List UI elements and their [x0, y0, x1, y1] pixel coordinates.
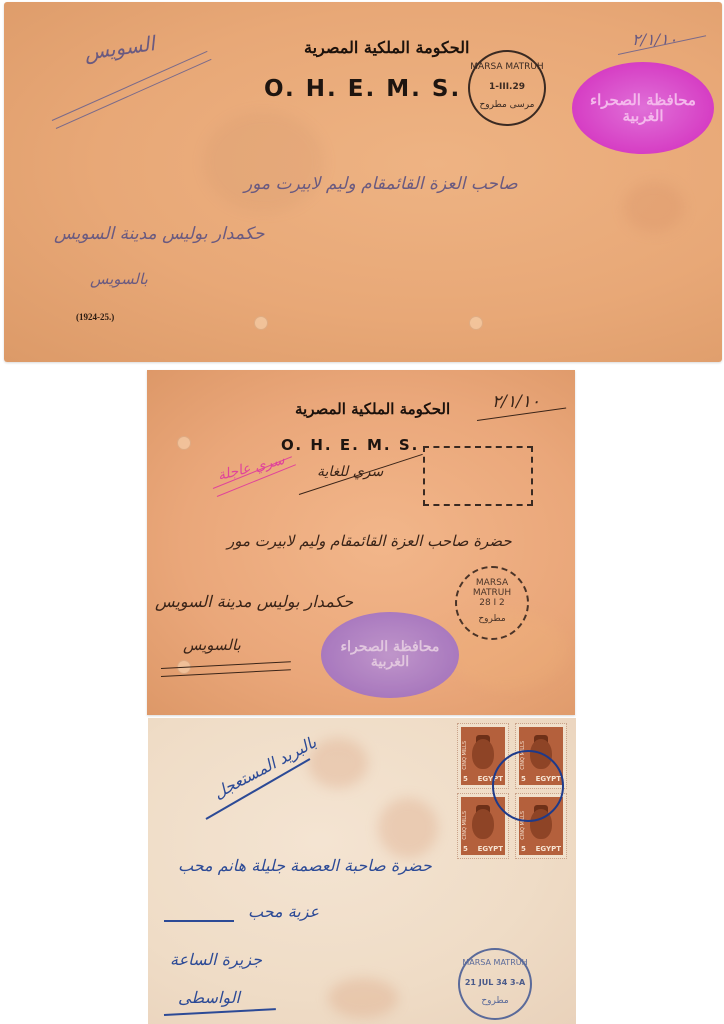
ohems-header: O. H. E. M. S.	[264, 76, 461, 102]
official-seal: محافظة الصحراء الغربية	[572, 62, 714, 154]
postmark: MARSA MATRUH 1-III.29 مرسى مطروح	[468, 50, 546, 126]
registration-box	[423, 446, 533, 506]
postmark-town: MARSA MATRUH	[457, 578, 527, 598]
stamp-country: EGYPT	[536, 845, 561, 853]
stamp-value: 5	[521, 845, 526, 853]
underline	[164, 920, 234, 922]
address-line-3: جزيرة الساعة	[170, 950, 262, 969]
top-left-note: السويس	[83, 31, 157, 65]
address-line-2: حكمدار بوليس مدينة السويس	[54, 224, 265, 244]
envelope-2: الحكومة الملكية المصرية O. H. E. M. S. ٢…	[147, 370, 575, 715]
reference-number: ٢/١/١٠	[492, 392, 540, 412]
address-line-3: بالسويس	[183, 636, 241, 654]
stamp-country: EGYPT	[478, 845, 503, 853]
postmark: MARSA MATRUH 28 I 2 مطروح	[455, 566, 529, 640]
stain	[204, 112, 324, 212]
address-line-2: عزبة محب	[248, 902, 319, 921]
postmark-date: 21 JUL 34 3-A	[460, 978, 530, 987]
king-portrait	[472, 809, 494, 839]
envelope-3: بالبريد المستعجل CINQ MILLS 5EGYPT CINQ …	[148, 718, 576, 1024]
crest-text: الحكومة الملكية المصرية	[295, 400, 450, 418]
official-seal: محافظة الصحراء الغربية	[321, 612, 459, 698]
stamp-side-text: CINQ MILLS	[462, 741, 468, 770]
postmark: MARSA MATRUH 21 JUL 34 3-A مطروح	[458, 948, 532, 1020]
stain	[624, 182, 684, 232]
stamp-value: 5	[463, 775, 468, 783]
punch-hole	[177, 436, 191, 450]
stamp-side-text: CINQ MILLS	[462, 811, 468, 840]
punch-hole	[254, 316, 268, 330]
postmark-date: 28 I 2	[457, 598, 527, 608]
red-note: سري عاجلة	[216, 452, 286, 484]
crest-text: الحكومة الملكية المصرية	[304, 38, 469, 57]
postmark-arabic: مطروح	[457, 614, 527, 624]
envelope-1: الحكومة الملكية المصرية O. H. E. M. S. ا…	[4, 2, 722, 362]
address-line-3: بالسويس	[90, 270, 148, 288]
postmark-arabic: مطروح	[460, 996, 530, 1006]
underline	[164, 1008, 276, 1016]
postmark-town: MARSA MATRUH	[470, 62, 544, 72]
stain	[328, 978, 398, 1018]
address-line-1: صاحب العزة القائمقام وليم لابيرت مور	[244, 174, 518, 194]
address-line-1: حضرة صاحبة العصمة جليلة هانم محب	[178, 856, 432, 875]
stain	[378, 798, 438, 858]
postmark-arabic: مرسى مطروح	[470, 100, 544, 110]
address-line-2: حكمدار بوليس مدينة السويس	[155, 592, 353, 611]
ohems-header: O. H. E. M. S.	[281, 436, 419, 454]
address-line-4: الواسطى	[178, 988, 240, 1007]
top-note: بالبريد المستعجل	[210, 732, 319, 802]
postmark-date: 1-III.29	[470, 82, 544, 92]
stamp-cancel-postmark	[492, 750, 564, 822]
underline	[52, 51, 208, 121]
print-note: (1924-25.)	[76, 312, 114, 322]
king-portrait	[472, 739, 494, 769]
address-line-1: حضرة صاحب العزة القائمقام وليم لابيرت مو…	[227, 532, 512, 550]
postmark-town: MARSA MATRUH	[460, 958, 530, 967]
stamp-value: 5	[463, 845, 468, 853]
underline	[56, 59, 212, 129]
punch-hole	[469, 316, 483, 330]
